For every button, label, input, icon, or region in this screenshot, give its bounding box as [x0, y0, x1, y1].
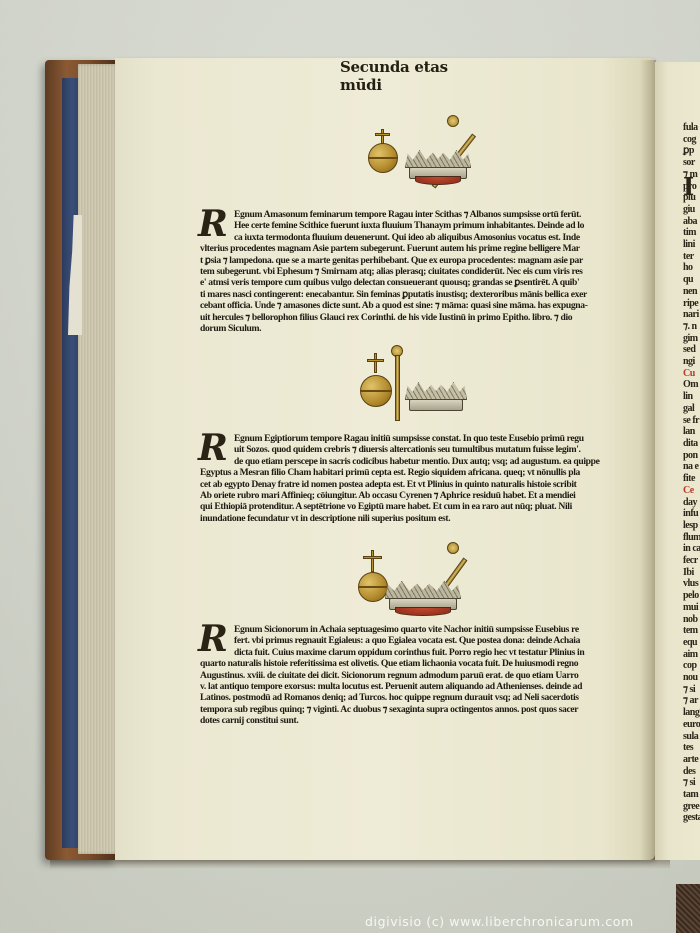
- section-egyptians: R Egnum Egiptiorum tempore Ragau initiū …: [200, 433, 652, 524]
- text-line: fert. vbi primus regnauit Egialeus: a qu…: [200, 635, 652, 646]
- facing-page-fragment: dita: [683, 438, 700, 450]
- facing-page-fragment: sed: [683, 344, 700, 356]
- section-amazons: R Egnum Amasonum feminarum tempore Ragau…: [200, 209, 652, 334]
- facing-page-fragment: cog: [683, 134, 700, 146]
- text-line: qui Ethiopiā protenditur. A septētrione …: [200, 501, 652, 512]
- facing-page-fragment: fecr: [683, 555, 700, 567]
- regalia-illustration-1: [365, 115, 475, 190]
- facing-page-fragment: lesp: [683, 520, 700, 532]
- text-line: ca iuxta termodonta fluuium deuenerunt. …: [200, 232, 652, 243]
- facing-page-fragment: lin: [683, 391, 700, 403]
- facing-page-fragment: infu: [683, 508, 700, 520]
- text-line: Egnum Egiptiorum tempore Ragau initiū su…: [200, 433, 652, 444]
- text-line: Latinos. postmodū ad Romanos deniq; ad T…: [200, 692, 652, 703]
- text-line: dicta fuit. Cuius maxime clarum oppidum …: [200, 647, 652, 658]
- text-line: de quo etiam perscepe in sacris codicibu…: [200, 456, 652, 467]
- facing-page-fragment: ⁊ si: [683, 777, 700, 789]
- facing-page-fragment: euro: [683, 719, 700, 731]
- facing-page-fragment: nen: [683, 286, 700, 298]
- facing-page-fragment: gim: [683, 333, 700, 345]
- facing-page-fragment: cop: [683, 660, 700, 672]
- text-line: cet ab egypto Denay fratre id nomen post…: [200, 479, 652, 490]
- text-line: Augustinus. xviii. de ciuitate dei dicit…: [200, 670, 652, 681]
- text-line: Egnum Amasonum feminarum tempore Ragau i…: [200, 209, 652, 220]
- text-line: vlterius procedentes magnam Asie partem …: [200, 243, 652, 254]
- text-line: tem subegerunt. vbi Ephesum ⁊ Smirnam at…: [200, 266, 652, 277]
- text-line: dorum Siculum.: [200, 323, 652, 334]
- text-line: uit Sozos. quod quidem crebris ⁊ diuersi…: [200, 444, 652, 455]
- page-edges: [78, 64, 120, 854]
- facing-page-fragment: tes: [683, 742, 700, 754]
- facing-page-fragment: gree: [683, 801, 700, 813]
- facing-page-fragment: se fr: [683, 415, 700, 427]
- facing-page-fragment: tam: [683, 789, 700, 801]
- section-sicyonians: R Egnum Sicionorum in Achaia septuagesim…: [200, 624, 652, 727]
- facing-page-fragment: vlus: [683, 578, 700, 590]
- regalia-illustration-2: [357, 345, 472, 425]
- facing-page-fragment: tem: [683, 625, 700, 637]
- facing-page-fragment: flum: [683, 532, 700, 544]
- text-line: Ab oriete rubro mari Affinieq; cōiungitu…: [200, 490, 652, 501]
- facing-page-fragment: lini: [683, 239, 700, 251]
- facing-page-fragment: sula: [683, 731, 700, 743]
- facing-page-fragment: des: [683, 766, 700, 778]
- text-line: v. lat antiquo tempore exorsus: multa lo…: [200, 681, 652, 692]
- facing-page-fragment: lan: [683, 426, 700, 438]
- facing-page-fragment: ripe: [683, 298, 700, 310]
- facing-page-fragment: nou: [683, 672, 700, 684]
- facing-page: I fulacogꝑpsor⁊ mproplugiuabatimliniterh…: [655, 62, 700, 860]
- facing-page-fragment: sor: [683, 157, 700, 169]
- facing-page-fragment: lang: [683, 707, 700, 719]
- facing-page-fragment: gesta: [683, 812, 700, 824]
- facing-page-fragment: arte: [683, 754, 700, 766]
- facing-page-text: fulacogꝑpsor⁊ mproplugiuabatimliniterhoq…: [683, 122, 700, 824]
- facing-page-fragment: nob: [683, 614, 700, 626]
- text-line: cebant officia. Unde ⁊ amasones dicte su…: [200, 300, 652, 311]
- facing-page-fragment: qu: [683, 274, 700, 286]
- running-head: Secunda etas mūdi: [340, 58, 490, 94]
- watermark: digivisio (c) www.liberchronicarum.com: [365, 914, 634, 929]
- text-line: quarto naturalis histoie referitissima e…: [200, 658, 652, 669]
- crown-icon: [405, 137, 471, 185]
- facing-page-fragment: na e: [683, 461, 700, 473]
- facing-page-fragment: ⁊ m: [683, 169, 700, 181]
- facing-page-fragment: ⁊ ar: [683, 695, 700, 707]
- facing-page-fragment: ⁊. n: [683, 321, 700, 333]
- text-line: t ꝑsia ⁊ lampedona. que se a marte genit…: [200, 255, 652, 266]
- facing-page-fragment: pro: [683, 181, 700, 193]
- facing-page-fragment: ꝑp: [683, 145, 700, 157]
- text-line: tempora sub regibus quinq; ⁊ viginti. Ac…: [200, 704, 652, 715]
- facing-page-fragment: ngi: [683, 356, 700, 368]
- text-line: dotes carnij constitui sunt.: [200, 715, 652, 726]
- text-line: ti mares nasci contingerent: enecabantur…: [200, 289, 652, 300]
- drop-cap: R: [198, 207, 230, 241]
- facing-page-fragment: aim: [683, 649, 700, 661]
- facing-page-fragment: ⁊ si: [683, 684, 700, 696]
- facing-page-fragment: ter: [683, 251, 700, 263]
- text-line: uit hercules ⁊ bellorophon filius Glauci…: [200, 312, 652, 323]
- facing-page-fragment: day: [683, 497, 700, 509]
- facing-page-fragment: tim: [683, 227, 700, 239]
- text-line: inundatione fecundatur vt in description…: [200, 513, 652, 524]
- facing-page-fragment: in ca: [683, 543, 700, 555]
- text-line: Egyptus a Mesran filio Cham habitari pri…: [200, 467, 652, 478]
- facing-page-fragment: aba: [683, 216, 700, 228]
- facing-page-fragment: fula: [683, 122, 700, 134]
- regalia-illustration-3: [355, 540, 465, 615]
- drop-cap: R: [198, 431, 230, 465]
- text-line: Egnum Sicionorum in Achaia septuagesimo …: [200, 624, 652, 635]
- facing-page-fragment: Ce: [683, 485, 700, 497]
- facing-page-fragment: ho: [683, 262, 700, 274]
- facing-page-fragment: pon: [683, 450, 700, 462]
- facing-page-fragment: Cu: [683, 368, 700, 380]
- crown-icon: [385, 568, 461, 616]
- facing-page-fragment: equ: [683, 637, 700, 649]
- facing-page-fragment: Ibi: [683, 567, 700, 579]
- crown-icon: [405, 375, 467, 417]
- facing-page-fragment: giu: [683, 204, 700, 216]
- table-cloth-corner: [676, 884, 700, 933]
- facing-page-fragment: nari: [683, 309, 700, 321]
- facing-page-fragment: pelo: [683, 590, 700, 602]
- facing-page-fragment: mui: [683, 602, 700, 614]
- text-line: Hee certe femine Scithice fuerunt iuxta …: [200, 220, 652, 231]
- drop-cap: R: [198, 622, 230, 656]
- facing-page-fragment: Om: [683, 379, 700, 391]
- facing-page-fragment: plu: [683, 192, 700, 204]
- facing-page-fragment: fite: [683, 473, 700, 485]
- facing-page-fragment: gal: [683, 403, 700, 415]
- text-line: e' atmsi veris tempore cum quibus vulgo …: [200, 277, 652, 288]
